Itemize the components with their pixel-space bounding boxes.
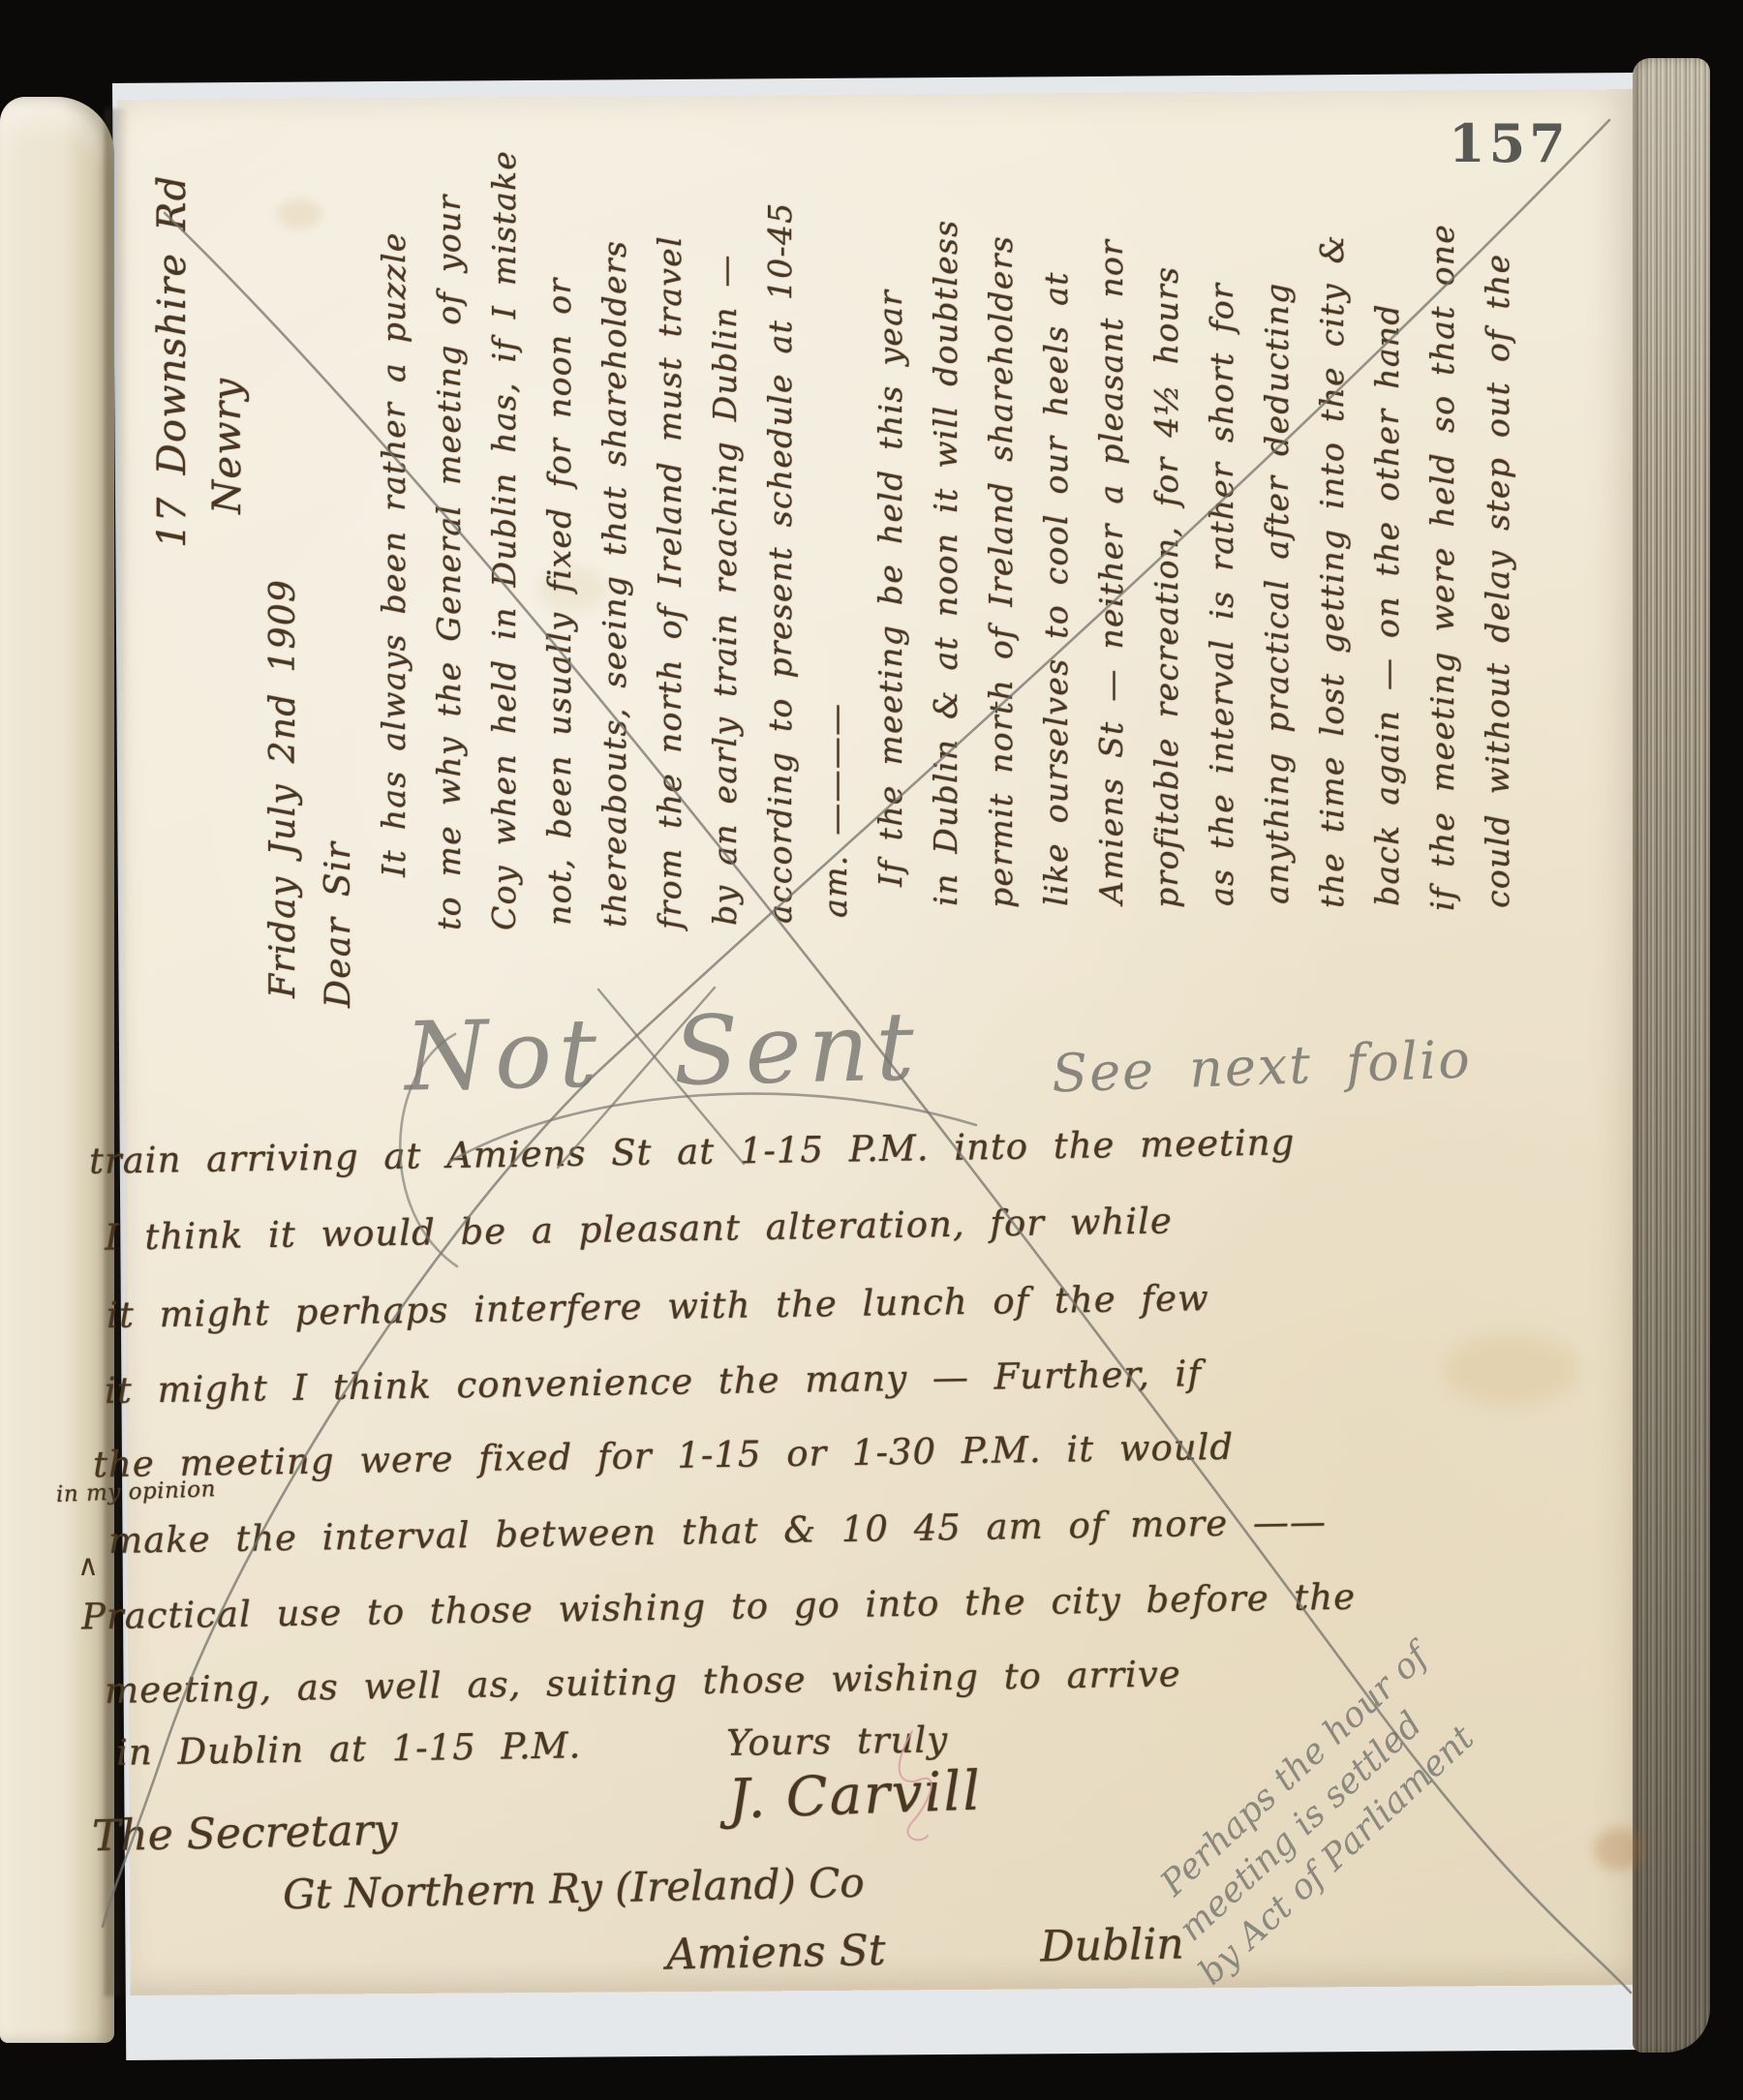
letter-line: as the interval is rather short for — [1194, 122, 1249, 906]
sender-address-line: Newry — [200, 122, 256, 514]
gutter-shadow — [105, 108, 128, 1996]
rotated-letter-block: 17 Downshire Rd Newry Friday July 2nd 19… — [145, 122, 1530, 1022]
salutation: Dear Sir — [311, 122, 366, 1008]
addressee-line: The Secretary — [92, 1806, 398, 1862]
letter-line: not, been usually fixed for noon or — [532, 122, 587, 926]
letter-line: by an early train reaching Dublin — — [697, 122, 752, 926]
valediction: Yours truly — [726, 1719, 949, 1764]
letter-line: if the meeting were held so that one — [1415, 122, 1470, 911]
letter-line: Coy when held in Dublin has, if I mistak… — [476, 122, 532, 930]
letter-line: If the meeting be held this year — [863, 122, 918, 887]
letter-line: the time lost getting into the city & — [1304, 122, 1360, 908]
letter-line: could without delay step out of the — [1470, 122, 1525, 908]
date-line: Friday July 2nd 1909 — [256, 122, 311, 998]
letter-line: Amiens St — neither a pleasant nor — [1084, 122, 1139, 904]
fore-edge-pages — [1633, 58, 1710, 2053]
insertion-caret: ∧ — [77, 1549, 99, 1583]
signature: J. Carvill — [727, 1759, 983, 1831]
letter-line: in Dublin at 1-15 P.M. — [116, 1724, 582, 1774]
letter-line: am. ———— — [808, 122, 863, 918]
letter-line: like ourselves to cool our heels at — [1028, 122, 1084, 906]
letter-line: in Dublin & at noon it will doubtless — [918, 122, 973, 906]
letter-line: anything practical after deducting — [1249, 122, 1304, 904]
letter-line: according to present schedule at 10-45 — [752, 122, 808, 924]
letter-line: permit north of Ireland shareholders — [973, 122, 1028, 908]
letter-line: from the north of Ireland must travel — [642, 122, 697, 929]
letter-line: profitable recreation, for 4½ hours — [1139, 122, 1194, 908]
not-sent-annotation: Not Sent — [404, 991, 922, 1112]
previous-page-edge — [0, 97, 114, 2043]
letter-line: back again — on the other hand — [1360, 122, 1415, 906]
letter-line: to me why the General meeting of your — [421, 122, 476, 930]
sender-address-line: 17 Downshire Rd — [145, 122, 200, 548]
letter-line: thereabouts, seeing that shareholders — [587, 122, 642, 928]
letter-line: It has always been rather a puzzle — [366, 122, 421, 877]
